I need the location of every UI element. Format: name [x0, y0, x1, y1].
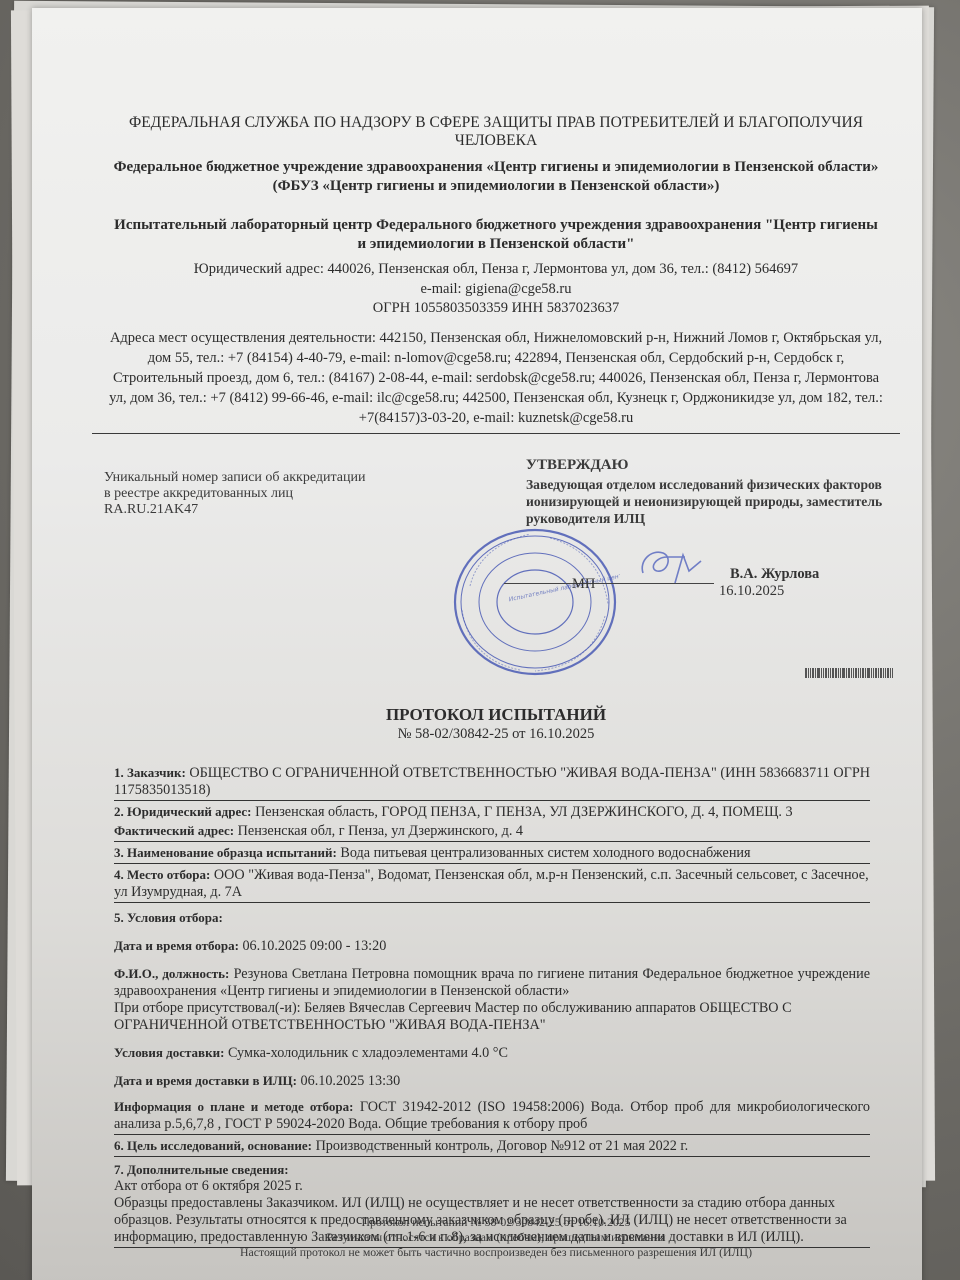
- protocol-number: № 58-02/30842-25 от 16.10.2025: [110, 726, 882, 743]
- agency-name: ФЕДЕРАЛЬНАЯ СЛУЖБА ПО НАДЗОРУ В СФЕРЕ ЗА…: [110, 114, 882, 150]
- accreditation-number: RA.RU.21AK47: [104, 502, 424, 518]
- page-footer: Протокол испытаний № 58-02/30842-25 от 1…: [110, 1215, 882, 1260]
- registration-numbers: ОГРН 1055803503359 ИНН 5837023637: [110, 299, 882, 319]
- accreditation-label-2: в реестре аккредитованных лиц: [104, 486, 424, 502]
- footer-copy-notice: Настоящий протокол не может быть частичн…: [110, 1245, 882, 1260]
- approver-role: Заведующая отделом исследований физическ…: [526, 476, 886, 527]
- organization-full: Федеральное бюджетное учреждение здравоо…: [110, 158, 882, 177]
- seal-mark: МП: [572, 576, 595, 593]
- approval-title: УТВЕРЖДАЮ: [526, 457, 886, 474]
- field-sampling-datetime: Дата и время отбора: 06.10.2025 09:00 - …: [114, 931, 870, 959]
- organization-name: Федеральное бюджетное учреждение здравоо…: [110, 158, 882, 196]
- document-page: ФЕДЕРАЛЬНАЯ СЛУЖБА ПО НАДЗОРУ В СФЕРЕ ЗА…: [32, 8, 922, 1280]
- stamp-text: Испытательный лабораторный центр: [508, 572, 620, 604]
- signature-icon: [637, 543, 707, 585]
- accreditation-label-1: Уникальный номер записи об аккредитации: [104, 470, 424, 486]
- field-delivery-datetime: Дата и время доставки в ИЛЦ: 06.10.2025 …: [114, 1066, 870, 1094]
- approval-block: УТВЕРЖДАЮ Заведующая отделом исследовани…: [526, 457, 886, 527]
- field-delivery-conditions: Условия доставки: Сумка-холодильник с хл…: [114, 1038, 870, 1066]
- email: e-mail: gigiena@cge58.ru: [110, 280, 882, 300]
- field-method-info: Информация о плане и методе отбора: ГОСТ…: [114, 1094, 870, 1135]
- legal-address: Юридический адрес: 440026, Пензенская об…: [110, 260, 882, 280]
- legal-address-block: Юридический адрес: 440026, Пензенская об…: [110, 260, 882, 319]
- field-customer: 1. Заказчик: ОБЩЕСТВО С ОГРАНИЧЕННОЙ ОТВ…: [114, 762, 870, 801]
- field-sampling-place: 4. Место отбора: ООО "Живая вода-Пенза",…: [114, 864, 870, 903]
- activity-sites: Адреса мест осуществления деятельности: …: [104, 328, 888, 428]
- divider: [92, 433, 900, 434]
- field-sampling-conditions: 5. Условия отбора:: [114, 903, 870, 931]
- protocol-fields: 1. Заказчик: ОБЩЕСТВО С ОГРАНИЧЕННОЙ ОТВ…: [114, 762, 870, 1248]
- laboratory-name: Испытательный лабораторный центр Федерал…: [110, 216, 882, 254]
- field-purpose: 6. Цель исследований, основание: Произво…: [114, 1135, 870, 1157]
- field-sample-name: 3. Наименование образца испытаний: Вода …: [114, 842, 870, 864]
- sampling-act: Акт отбора от 6 октября 2025 г.: [114, 1178, 870, 1195]
- field-present: При отборе присутствовал(-и): Беляев Вяч…: [114, 1000, 870, 1034]
- field-person: Ф.И.О., должность: Резунова Светлана Пет…: [114, 959, 870, 1038]
- organization-short: (ФБУЗ «Центр гигиены и эпидемиологии в П…: [110, 177, 882, 196]
- protocol-title: ПРОТОКОЛ ИСПЫТАНИЙ: [110, 705, 882, 725]
- footer-results: Результаты относятся к образцам (пробам)…: [110, 1230, 882, 1245]
- field-actual-address: Фактический адрес: Пензенская обл, г Пен…: [114, 822, 870, 842]
- approval-date: 16.10.2025: [719, 583, 784, 600]
- barcode-icon: [805, 668, 915, 678]
- accreditation-block: Уникальный номер записи об аккредитации …: [104, 470, 424, 518]
- signer-name: В.А. Журлова: [730, 566, 819, 583]
- footer-protocol: Протокол испытаний № 58-02/30842-25 от 1…: [110, 1215, 882, 1230]
- field-legal-address: 2. Юридический адрес: Пензенская область…: [114, 801, 870, 822]
- stamp-seal-icon: Испытательный лабораторный центр: [450, 526, 620, 678]
